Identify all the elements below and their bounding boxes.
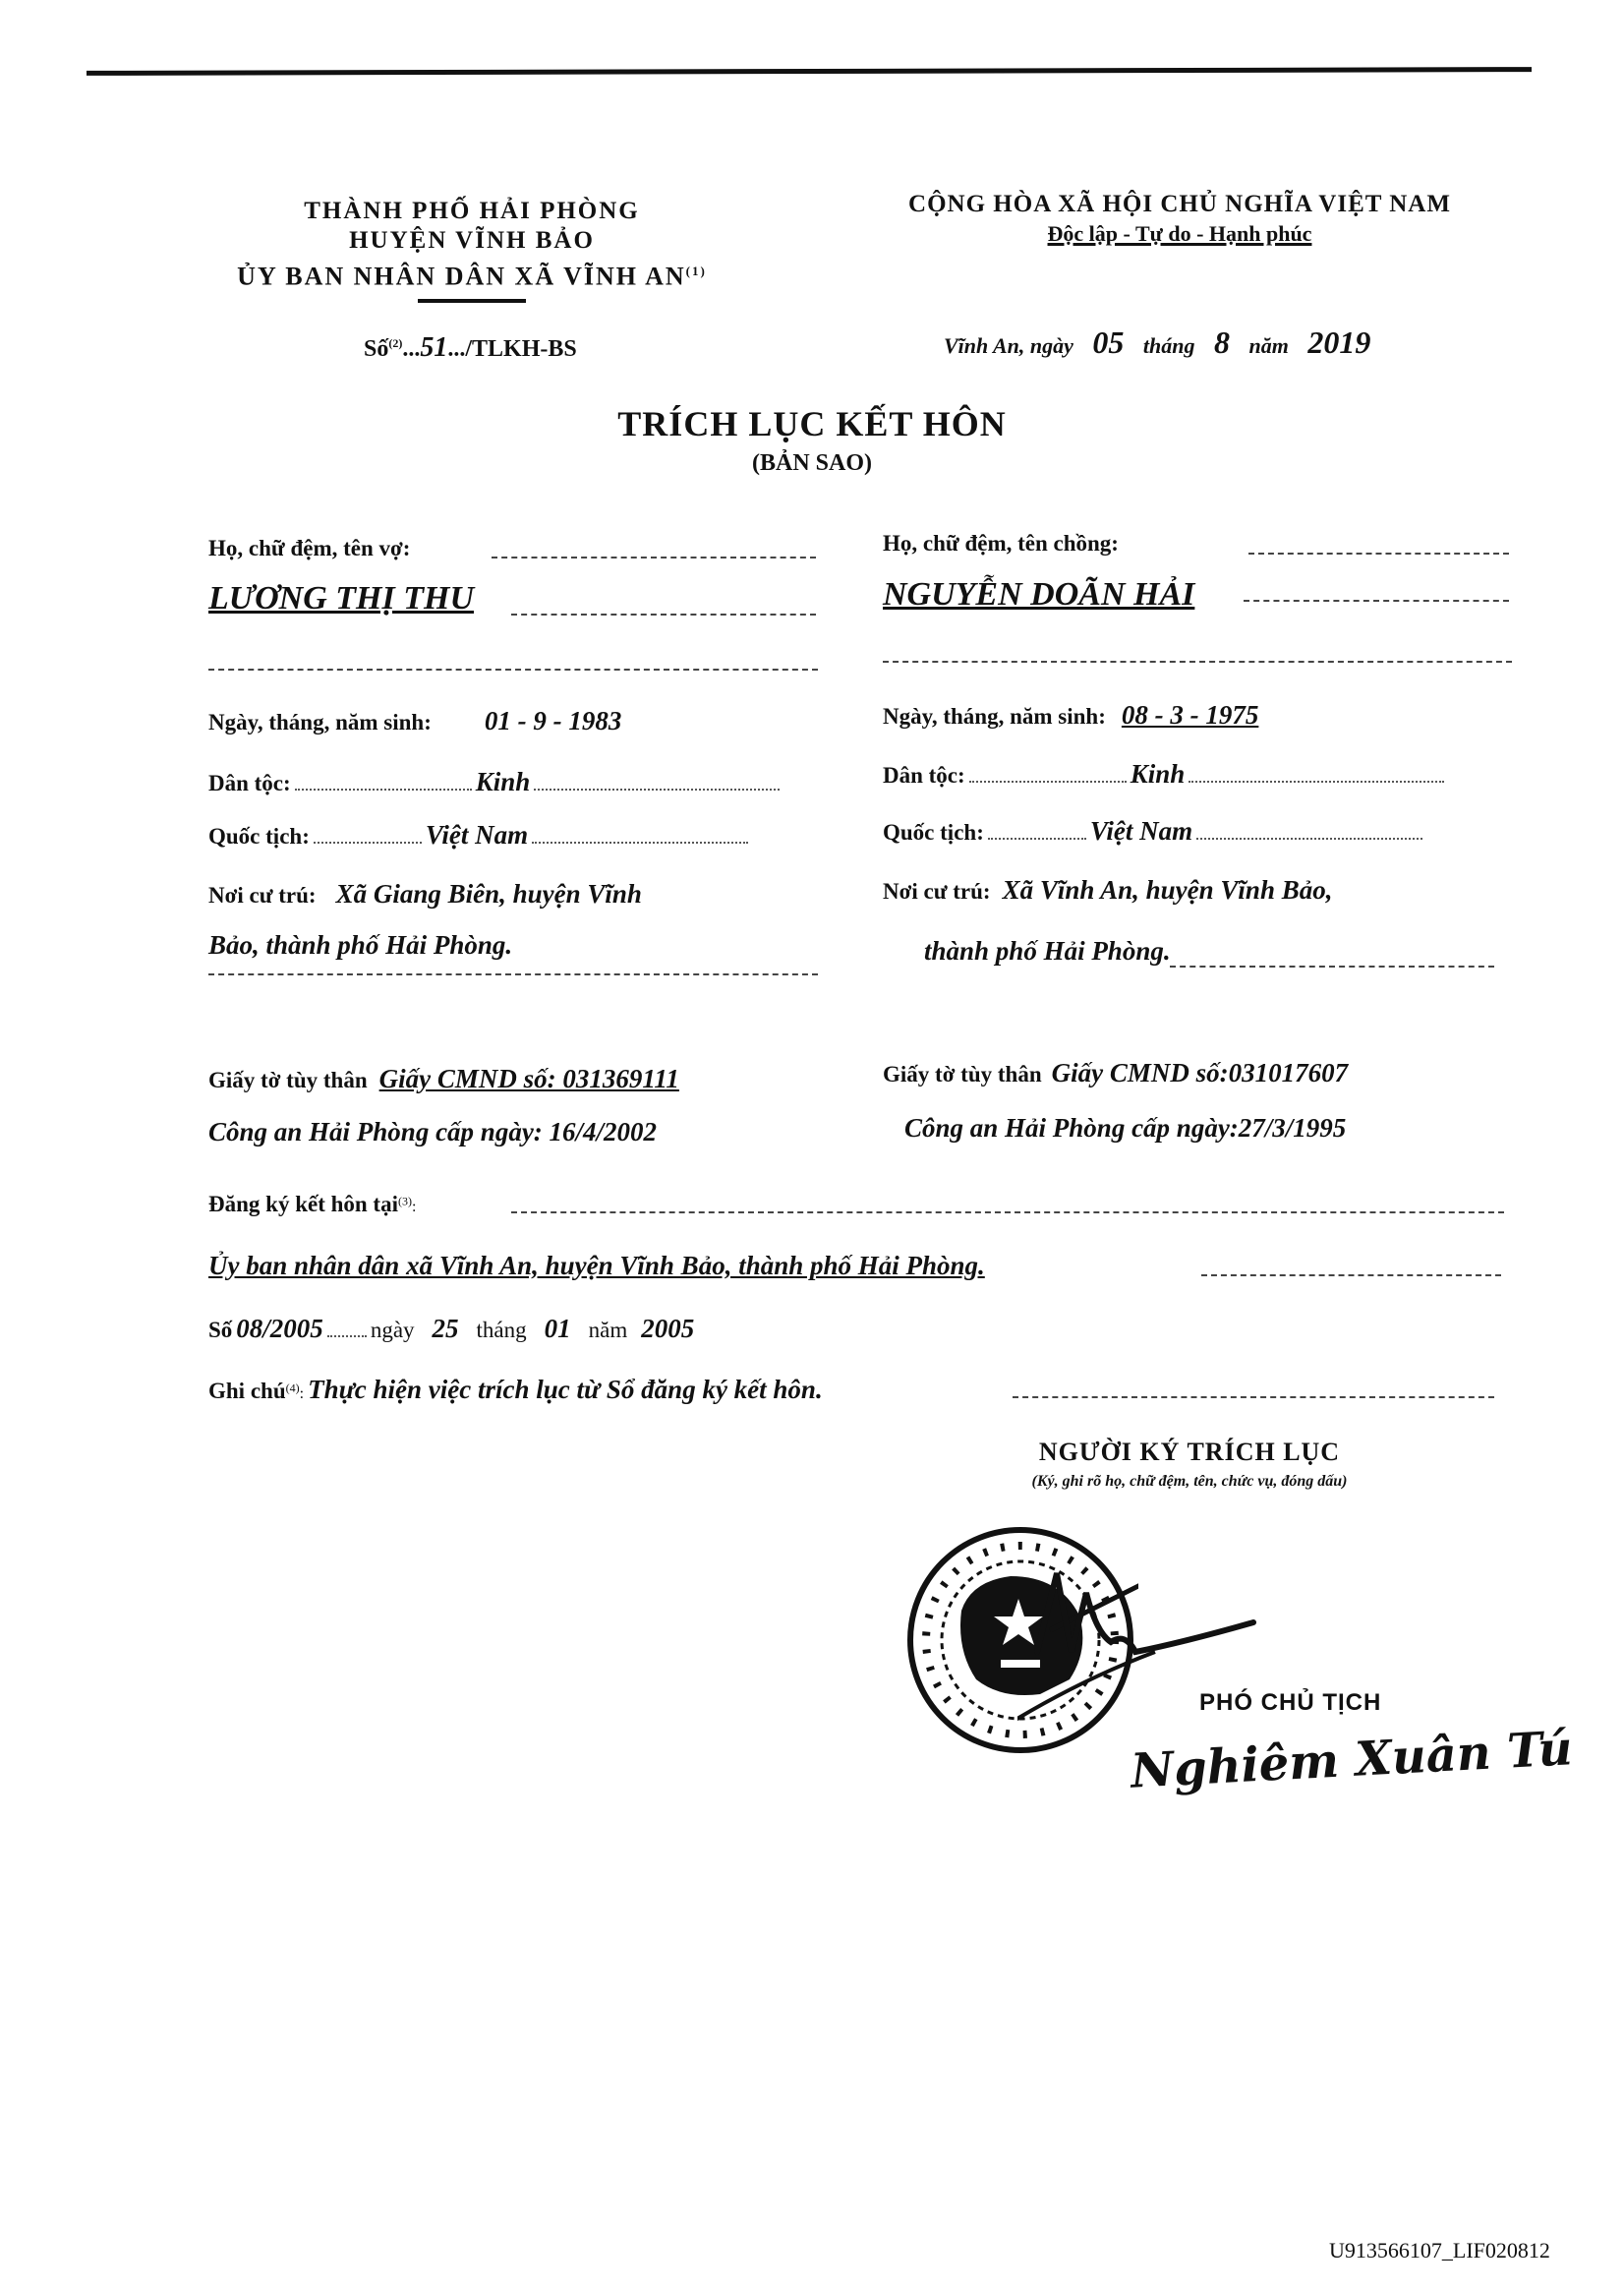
husband-residence-row: Nơi cư trú: Xã Vĩnh An, huyện Vĩnh Bảo, (883, 875, 1332, 906)
book-value: 08/2005 (236, 1314, 323, 1343)
husband-dob: 08 - 3 - 1975 (1122, 700, 1258, 730)
month-label: tháng (1143, 333, 1195, 358)
husband-residence-row-2: thành phố Hải Phòng. (924, 936, 1171, 967)
issue-day: 05 (1092, 324, 1124, 360)
wife-name-label-row: Họ, chữ đệm, tên vợ: (208, 536, 410, 561)
footnote-mark: (3) (398, 1195, 412, 1208)
husband-ethnicity-row: Dân tộc: Kinh (883, 759, 1444, 790)
note-text: Thực hiện việc trích lục từ Sổ đăng ký k… (308, 1375, 823, 1404)
registration-place-label-row: Đăng ký kết hôn tại(3): (208, 1192, 416, 1217)
registration-month: 01 (545, 1314, 571, 1343)
husband-id-value: Giấy CMND số:031017607 (1052, 1058, 1349, 1087)
district-name: HUYỆN VĨNH BẢO (197, 226, 747, 256)
registration-place-label: Đăng ký kết hôn tại (208, 1192, 398, 1216)
fill-line (208, 669, 818, 671)
registration-book-row: Số 08/2005 ngày 25 tháng 01 năm 2005 (208, 1314, 694, 1344)
month-label: tháng (477, 1318, 527, 1342)
wife-name-row: LƯƠNG THỊ THU (208, 580, 474, 617)
fill-line (1201, 1274, 1501, 1276)
registration-place-row: Ủy ban nhân dân xã Vĩnh An, huyện Vĩnh B… (208, 1251, 985, 1281)
husband-name: NGUYỄN DOÃN HẢI (883, 576, 1194, 613)
issue-date: Vĩnh An, ngày 05 tháng 8 năm 2019 (944, 324, 1384, 361)
signer-instructions: (Ký, ghi rõ họ, chữ đệm, tên, chức vụ, đ… (845, 1473, 1534, 1491)
document-number: Số(2)...51.../TLKH-BS (364, 332, 577, 364)
husband-dob-label: Ngày, tháng, năm sinh: (883, 704, 1106, 729)
husband-ethnicity: Kinh (1131, 759, 1186, 789)
wife-id-issuer: Công an Hải Phòng cấp ngày: 16/4/2002 (208, 1117, 657, 1146)
fill-line (511, 1211, 1504, 1213)
place-date-prefix: Vĩnh An, ngày (944, 333, 1073, 358)
document-subtitle: (BẢN SAO) (0, 450, 1624, 477)
day-label: ngày (371, 1318, 415, 1342)
number-suffix: /TLKH-BS (465, 336, 576, 362)
fill-line (1244, 600, 1509, 602)
wife-residence-row: Nơi cư trú: Xã Giang Biên, huyện Vĩnh (208, 879, 642, 910)
year-label: năm (1248, 333, 1288, 358)
husband-id-issuer: Công an Hải Phòng cấp ngày:27/3/1995 (904, 1113, 1346, 1143)
wife-dob-label: Ngày, tháng, năm sinh: (208, 710, 432, 735)
wife-residence-row-2: Bảo, thành phố Hải Phòng. (208, 930, 512, 961)
signer-position: PHÓ CHỦ TỊCH (1199, 1689, 1381, 1717)
husband-nationality: Việt Nam (1090, 816, 1192, 846)
husband-residence-line2: thành phố Hải Phòng. (924, 936, 1171, 966)
husband-nationality-label: Quốc tịch: (883, 820, 984, 845)
fill-line (1248, 553, 1509, 555)
book-label: Số (208, 1318, 232, 1342)
issuing-authority-header: THÀNH PHỐ HẢI PHÒNG HUYỆN VĨNH BẢO ỦY BA… (197, 197, 747, 303)
footnote-mark: (4) (286, 1381, 300, 1395)
husband-id-row: Giấy tờ tùy thân Giấy CMND số:031017607 (883, 1058, 1348, 1088)
fill-line (1013, 1396, 1494, 1398)
wife-id-label: Giấy tờ tùy thân (208, 1068, 368, 1092)
number-label: Số (364, 336, 388, 362)
note-label: Ghi chú (208, 1379, 286, 1403)
wife-id-row: Giấy tờ tùy thân Giấy CMND số: 031369111 (208, 1064, 679, 1094)
wife-nationality: Việt Nam (426, 820, 528, 850)
wife-residence-line2: Bảo, thành phố Hải Phòng. (208, 930, 512, 960)
national-motto: Độc lập - Tự do - Hạnh phúc (845, 220, 1514, 248)
wife-residence-line1: Xã Giang Biên, huyện Vĩnh (336, 879, 642, 909)
registration-place: Ủy ban nhân dân xã Vĩnh An, huyện Vĩnh B… (208, 1251, 985, 1280)
wife-dob: 01 - 9 - 1983 (485, 706, 621, 735)
signer-block-title: NGƯỜI KÝ TRÍCH LỤC (885, 1438, 1494, 1467)
city-name: THÀNH PHỐ HẢI PHÒNG (197, 197, 747, 226)
note-row: Ghi chú(4): Thực hiện việc trích lục từ … (208, 1375, 823, 1405)
husband-name-label: Họ, chữ đệm, tên chồng: (883, 531, 1119, 556)
wife-nationality-row: Quốc tịch: Việt Nam (208, 820, 748, 851)
number-value: 51 (420, 332, 447, 363)
fill-line (492, 557, 816, 558)
husband-residence-line1: Xã Vĩnh An, huyện Vĩnh Bảo, (1003, 875, 1333, 905)
country-name: CỘNG HÒA XÃ HỘI CHỦ NGHĨA VIỆT NAM (845, 189, 1514, 220)
registration-year: 2005 (641, 1314, 694, 1343)
header-divider (418, 299, 526, 303)
wife-ethnicity: Kinh (476, 767, 531, 796)
wife-dob-row: Ngày, tháng, năm sinh: 01 - 9 - 1983 (208, 706, 621, 736)
wife-id-issuer-row: Công an Hải Phòng cấp ngày: 16/4/2002 (208, 1117, 657, 1147)
wife-residence-label: Nơi cư trú: (208, 883, 317, 908)
footnote-mark: (1) (686, 264, 707, 278)
fill-line (1170, 966, 1494, 968)
issue-month: 8 (1214, 324, 1230, 360)
wife-name: LƯƠNG THỊ THU (208, 580, 474, 617)
fill-line (511, 614, 816, 616)
footnote-mark: (2) (388, 336, 402, 350)
document-title: TRÍCH LỤC KẾT HÔN (0, 403, 1624, 444)
signer-name: Nghiêm Xuân Tú (1130, 1721, 1574, 1798)
husband-id-label: Giấy tờ tùy thân (883, 1062, 1042, 1087)
document-id: U913566107_LIF020812 (1329, 2238, 1550, 2263)
fill-line (883, 661, 1512, 663)
year-label: năm (589, 1318, 628, 1342)
wife-ethnicity-row: Dân tộc: Kinh (208, 767, 780, 797)
husband-id-issuer-row: Công an Hải Phòng cấp ngày:27/3/1995 (904, 1113, 1346, 1144)
issue-year: 2019 (1307, 324, 1370, 360)
fill-line (208, 973, 818, 975)
husband-nationality-row: Quốc tịch: Việt Nam (883, 816, 1422, 847)
national-header: CỘNG HÒA XÃ HỘI CHỦ NGHĨA VIỆT NAM Độc l… (845, 189, 1514, 248)
husband-residence-label: Nơi cư trú: (883, 879, 991, 904)
husband-dob-row: Ngày, tháng, năm sinh: 08 - 3 - 1975 (883, 700, 1258, 731)
husband-name-label-row: Họ, chữ đệm, tên chồng: (883, 531, 1119, 557)
wife-ethnicity-label: Dân tộc: (208, 771, 291, 795)
registration-day: 25 (433, 1314, 459, 1343)
top-border-line (87, 67, 1532, 76)
husband-name-row: NGUYỄN DOÃN HẢI (883, 576, 1194, 614)
wife-nationality-label: Quốc tịch: (208, 824, 310, 849)
authority-name-text: ỦY BAN NHÂN DÂN XÃ VĨNH AN (237, 263, 685, 291)
authority-name: ỦY BAN NHÂN DÂN XÃ VĨNH AN(1) (197, 256, 747, 293)
wife-id-value: Giấy CMND số: 031369111 (379, 1064, 679, 1093)
husband-ethnicity-label: Dân tộc: (883, 763, 965, 788)
wife-name-label: Họ, chữ đệm, tên vợ: (208, 536, 410, 560)
